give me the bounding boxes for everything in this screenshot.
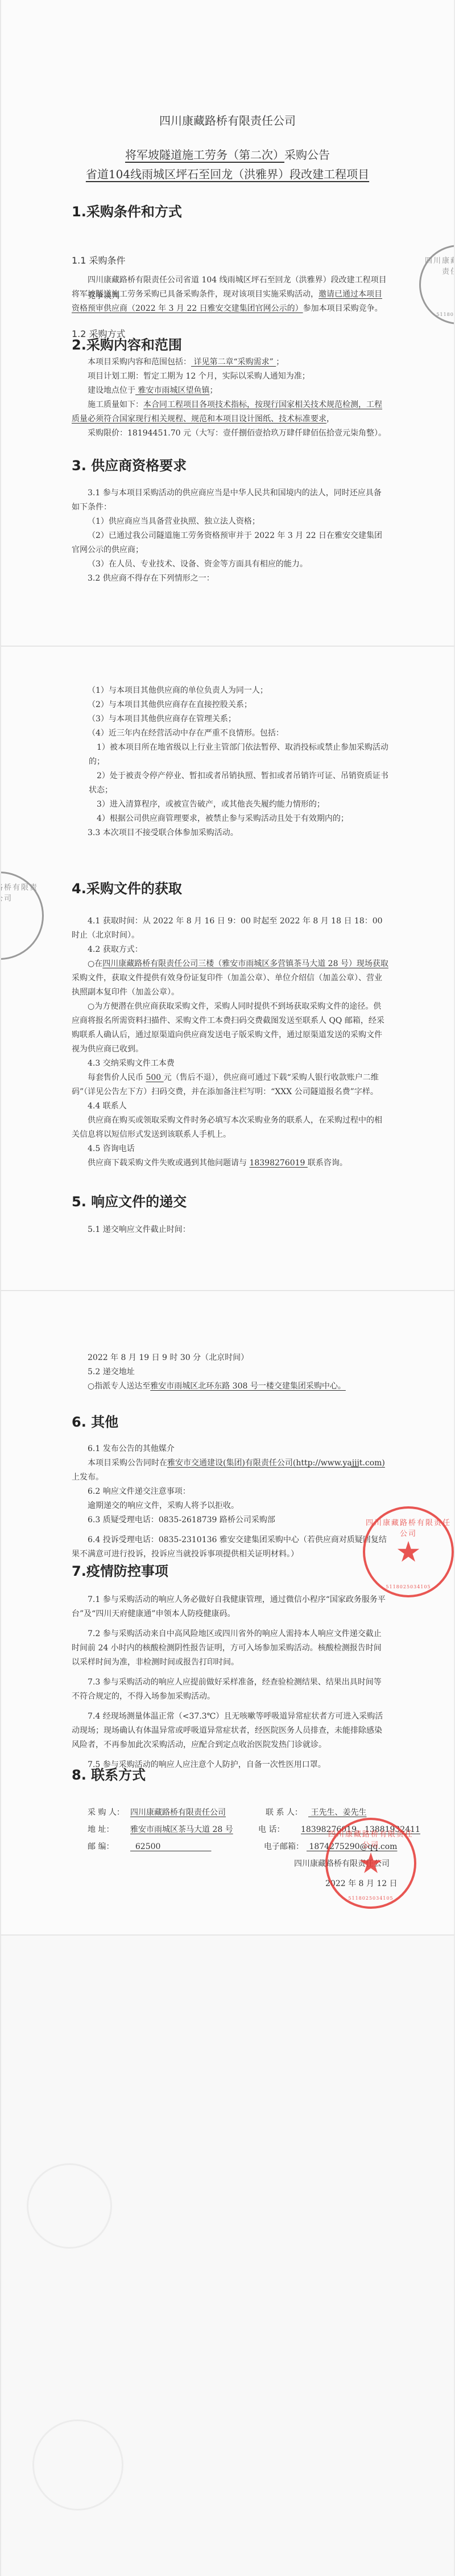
section-1-1-heading: 1.1 采购条件 (72, 253, 126, 266)
contact-row: 联 系 人： 王先生、姜先生 (266, 1806, 366, 1818)
buyer-row: 采 购 人：四川康藏路桥有限责任公司 (88, 1806, 226, 1818)
section-3-2-list: （1）与本项目其他供应商的单位负责人为同一人； （2）与本项目其他供应商存在直接… (72, 684, 389, 840)
section-2-heading: 2.采购内容和范围 (72, 334, 182, 354)
official-red-seal-stamp: 四川康藏路桥有限责任公司 ★ 5118025034105 (363, 1506, 454, 1597)
section-6-heading: 6. 其他 (72, 1411, 118, 1431)
section-7-heading: 7.疫情防控事项 (72, 1560, 168, 1580)
section-3-body: 3.1 参与本项目采购活动的供应商应当是中华人民共和国境内的法人，同时还应具备如… (72, 486, 389, 586)
section-3-heading: 3. 供应商资格要求 (72, 454, 187, 474)
page-2: （1）与本项目其他供应商的单位负责人为同一人； （2）与本项目其他供应商存在直接… (0, 646, 455, 1290)
project-name: 省道104线雨城区坪石至回龙（洪雅界）段改建工程项目 (1, 165, 454, 182)
notice-title: 将军坡隧道施工劳务（第二次）采购公告 (1, 146, 454, 162)
section-5-body: 2022 年 8 月 19 日 9 时 30 分（北京时间） 5.2 递交地址 … (72, 1351, 389, 1394)
section-4-heading: 4.采购文件的获取 (72, 877, 182, 897)
section-6-body: 6.1 发布公告的其他媒介 本项目采购公告同时在雅安市交通建设(集团)有限责任公… (72, 1442, 389, 1562)
section-5-1-heading: 5.1 递交响应文件截止时间： (72, 1223, 389, 1237)
page-1: 四川康藏路桥有限责任公司 省道104线雨城区坪石至回龙（洪雅界）段改建工程项目 … (0, 0, 455, 646)
section-2-body: 本项目采购内容和范围包括： 详见第二章“采购需求” ； 项目计划工期：暂定工期为… (72, 355, 389, 441)
page-4-blank (0, 1934, 455, 2576)
official-red-seal-stamp-signature: 四川康藏路桥有限责任公司 ★ 5118025034105 (325, 1818, 416, 1909)
section-4-body: 4.1 获取时间：从 2022 年 8 月 16 日 9：00 时起至 2022… (72, 914, 389, 1170)
section-5-heading: 5. 响应文件的递交 (72, 1190, 187, 1210)
procurement-method: 竞争谈判 (88, 289, 119, 303)
section-7-body: 7.1 参与采购活动的响应人务必做好自我健康管理，通过微信小程序“国家政务服务平… (72, 1593, 389, 1772)
section-8-heading: 8. 联系方式 (72, 1764, 146, 1784)
seal-bleed-through (32, 2419, 123, 2511)
seal-bleed-through (27, 2163, 112, 2249)
zip-row: 邮 编： 62500 (88, 1840, 211, 1852)
page-3: 2022 年 8 月 19 日 9 时 30 分（北京时间） 5.2 递交地址 … (0, 1290, 455, 1934)
company-seal-stamp-bleed: 四川康藏路桥有限责任公司 (0, 872, 44, 960)
address-row: 地 址：雅安市雨城区茶马大道 28 号 (88, 1823, 233, 1835)
company-seal-stamp: 四川康藏路桥有限责任公司 5118025034105 (419, 245, 455, 324)
section-1-heading: 1.采购条件和方式 (72, 200, 182, 220)
company-name: 四川康藏路桥有限责任公司 (1, 112, 454, 128)
